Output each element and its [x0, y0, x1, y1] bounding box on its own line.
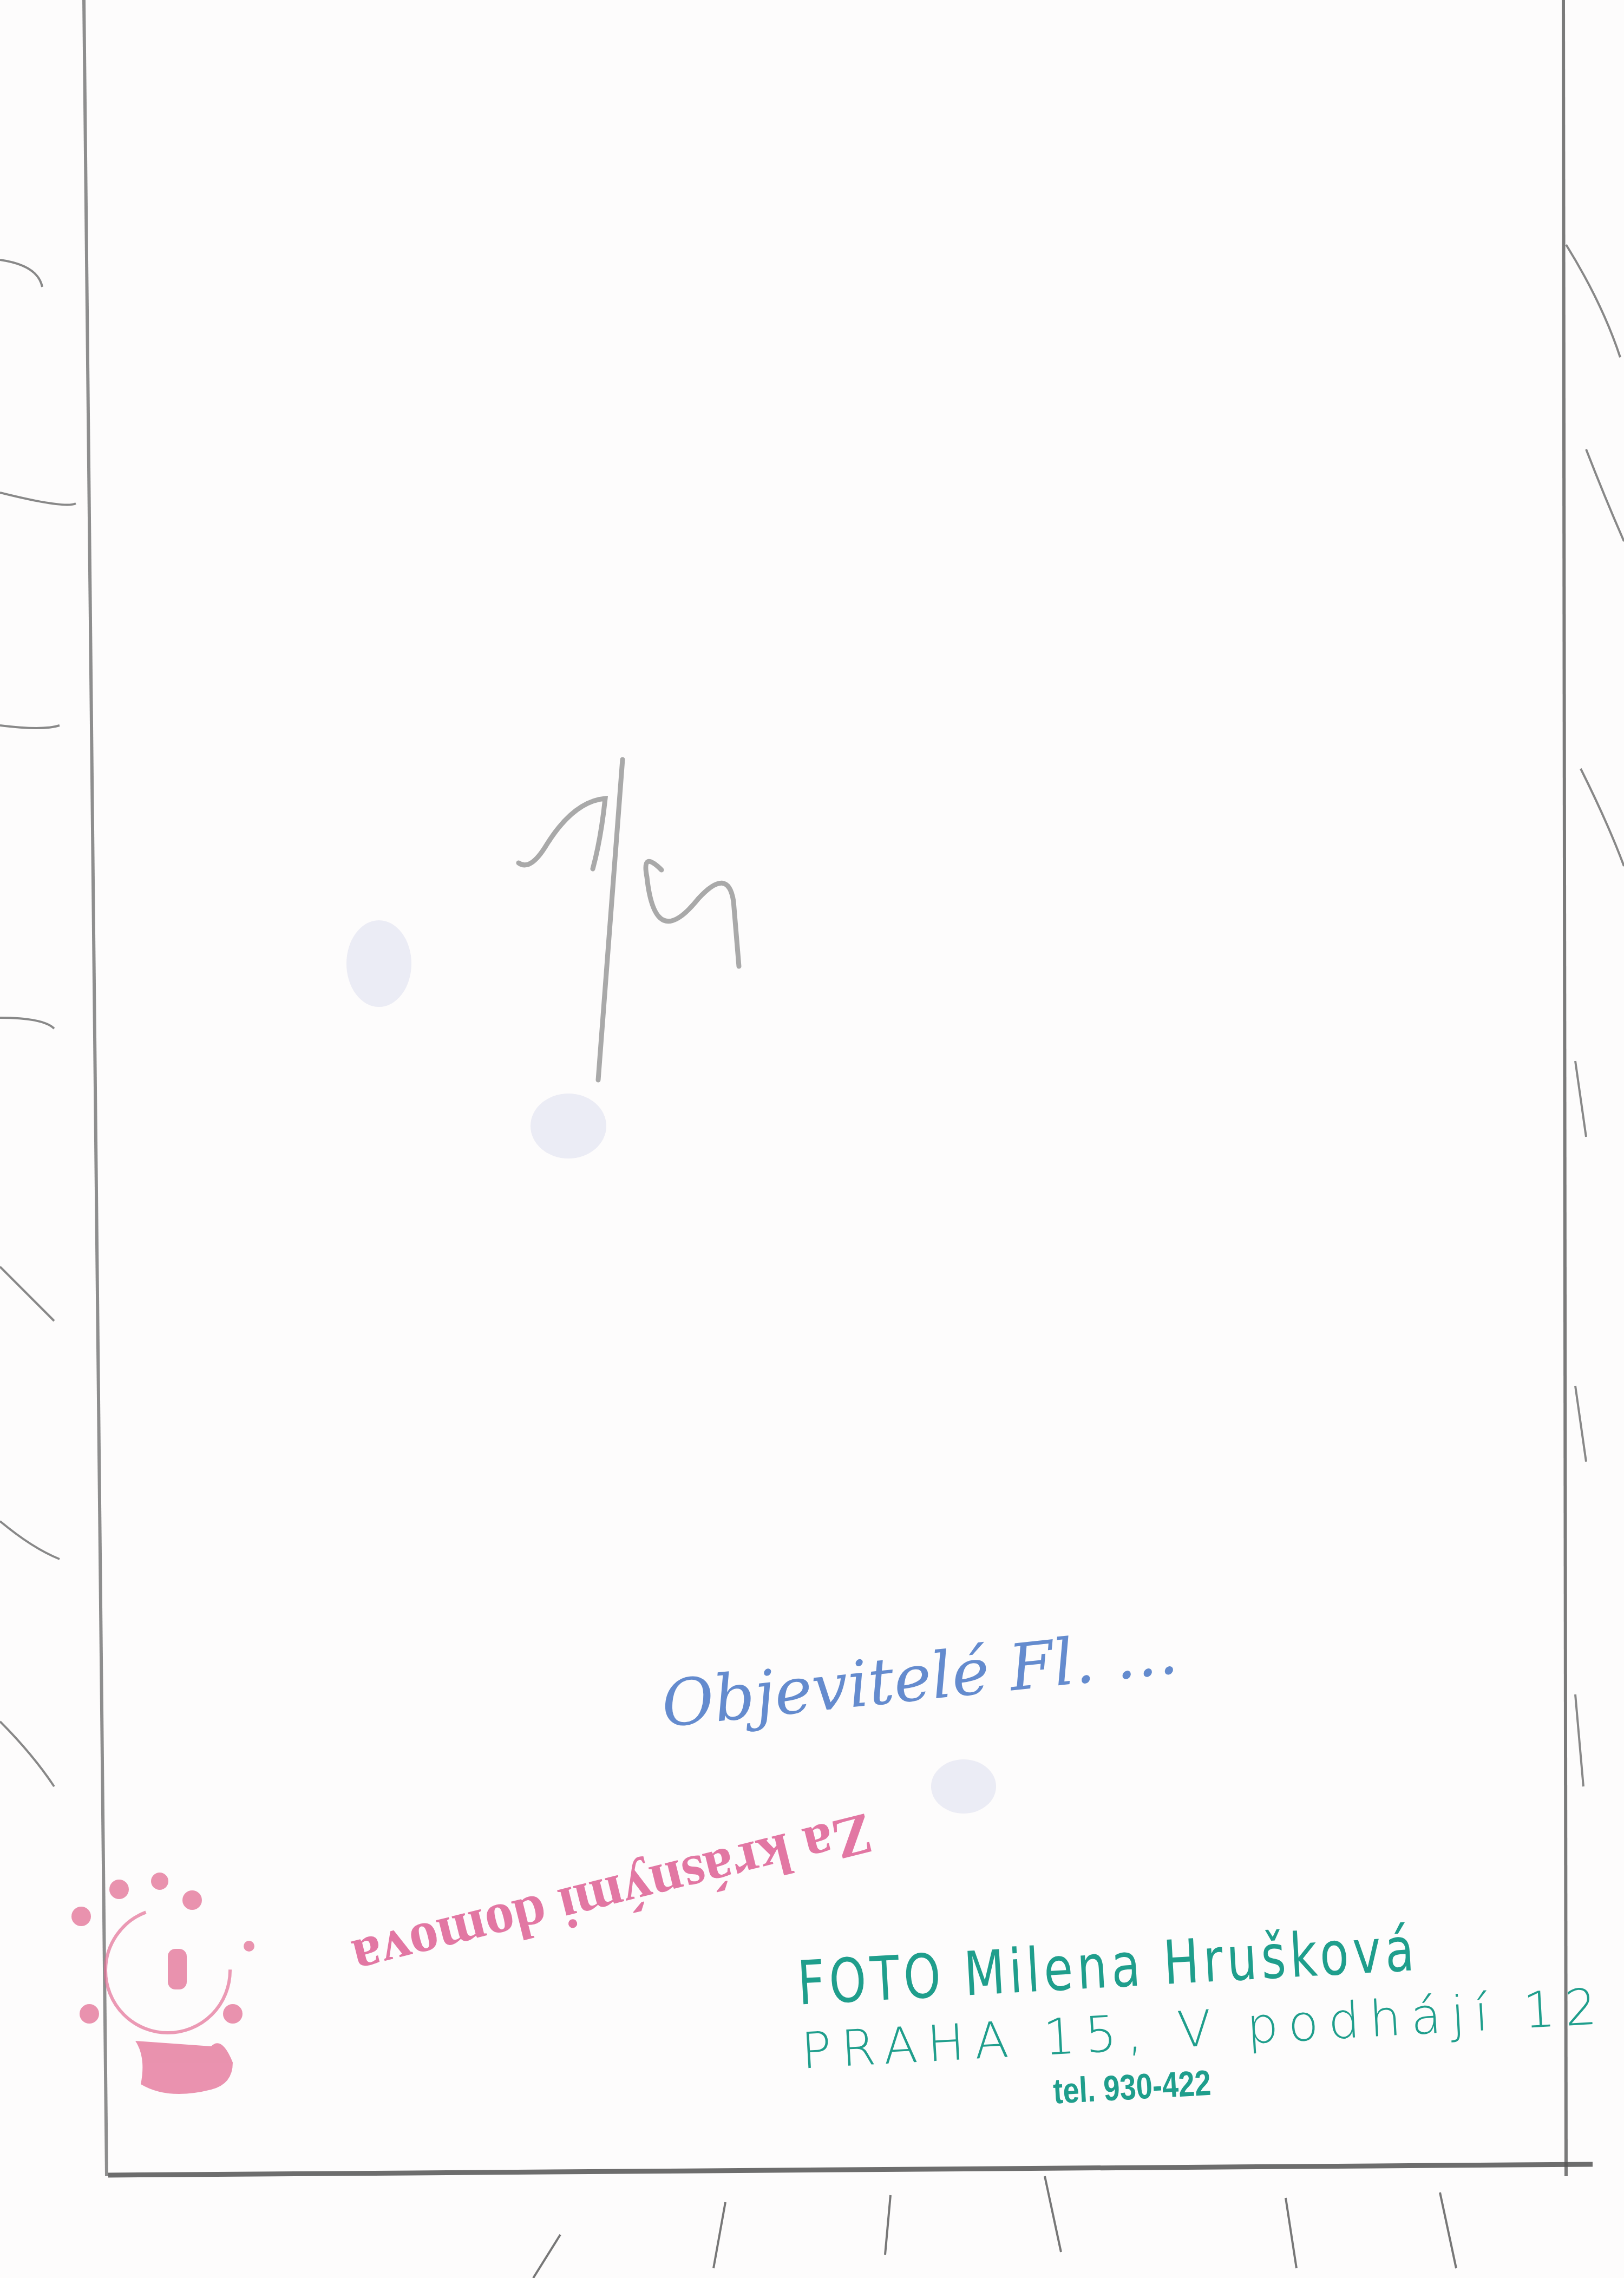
round-postmark-stamp — [60, 1830, 254, 2111]
